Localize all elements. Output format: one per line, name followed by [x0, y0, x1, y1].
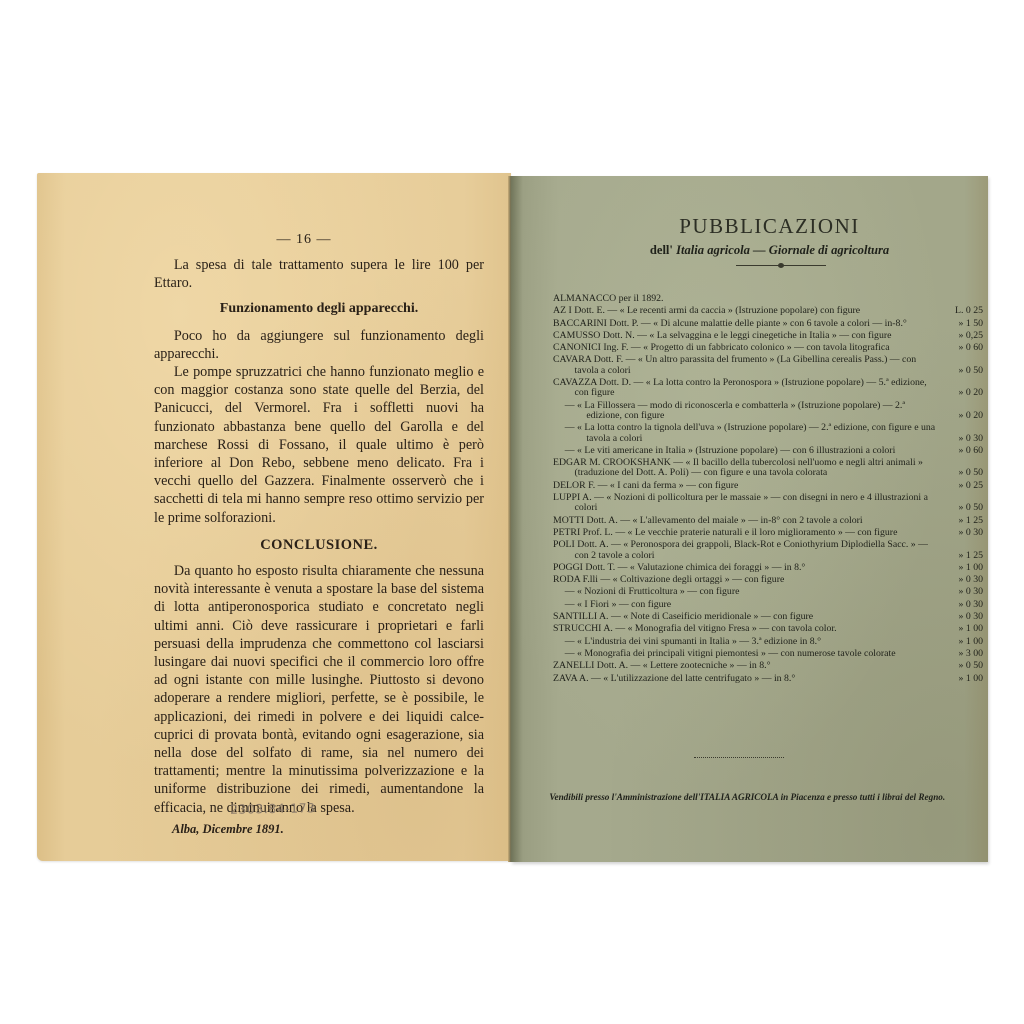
publication-entry: EDGAR M. CROOKSHANK — « Il bacillo della… — [553, 458, 985, 479]
entry-text: STRUCCHI A. — « Monografia del vitigno F… — [553, 624, 937, 634]
publications-title: PUBBLICAZIONI — [511, 214, 988, 239]
publication-entry: — « Monografia dei principali vitigni pi… — [553, 649, 985, 659]
entry-price: » 0 30 — [939, 600, 983, 610]
section-heading: Funzionamento degli apparecchi. — [154, 300, 484, 318]
publication-entry: — « Le viti americane in Italia » (Istru… — [553, 446, 985, 456]
publications-subtitle: dell' Italia agricola — Giornale di agri… — [511, 243, 988, 258]
publication-entry: — « L'industria dei vini spumanti in Ita… — [553, 637, 985, 647]
publication-entry: PETRI Prof. L. — « Le vecchie praterie n… — [553, 528, 985, 538]
publication-entry: CAMUSSO Dott. N. — « La selvaggina e le … — [553, 331, 985, 341]
signature-line: Alba, Dicembre 1891. — [154, 820, 484, 838]
publication-entry: CAVARA Dott. F. — « Un altro parassita d… — [553, 355, 985, 376]
entry-price: » 0 50 — [939, 468, 983, 478]
publication-entry: ZANELLI Dott. A. — « Lettere zootecniche… — [553, 661, 985, 671]
entry-text: AZ I Dott. E. — « Le recenti armi da cac… — [553, 306, 937, 316]
pencil-catalog-number: 2303.84-173 — [230, 800, 316, 816]
entry-text: — « La lotta contro la tignola dell'uva … — [553, 423, 937, 444]
publication-entry: LUPPI A. — « Nozioni di pollicoltura per… — [553, 493, 985, 514]
entry-text: MOTTI Dott. A. — « L'allevamento del mai… — [553, 516, 937, 526]
entry-price: » 1 00 — [939, 637, 983, 647]
entry-text: RODA F.lli — « Coltivazione degli ortagg… — [553, 575, 937, 585]
entry-text: — « L'industria dei vini spumanti in Ita… — [553, 637, 937, 647]
publication-entry: — « I Fiori » — con figure» 0 30 — [553, 600, 985, 610]
entry-price: » 0 30 — [939, 528, 983, 538]
entry-price: » 0 25 — [939, 481, 983, 491]
entry-price: » 1 50 — [939, 319, 983, 329]
sales-footer: Vendibili presso l'Amministrazione dell'… — [531, 792, 971, 803]
paragraph: Da quanto ho esposto risulta chiaramente… — [154, 562, 484, 817]
entry-price: » 0,25 — [939, 331, 983, 341]
entry-price: L. 0 25 — [939, 306, 983, 316]
entry-price: » 0 60 — [939, 343, 983, 353]
entry-text: POLI Dott. A. — « Peronospora dei grappo… — [553, 540, 937, 561]
entry-price: » 0 30 — [939, 434, 983, 444]
subtitle-prefix: dell' — [650, 243, 673, 257]
publication-entry: POGGI Dott. T. — « Valutazione chimica d… — [553, 563, 985, 573]
entry-text: EDGAR M. CROOKSHANK — « Il bacillo della… — [553, 458, 937, 479]
conclusion-heading: CONCLUSIONE. — [154, 536, 484, 554]
publication-entry: — « La Fillossera — modo di riconoscerla… — [553, 401, 985, 422]
paragraph: Le pompe spruzzatrici che hanno funziona… — [154, 363, 484, 527]
entry-price: » 0 50 — [939, 661, 983, 671]
entry-text: ZAVA A. — « L'utilizzazione del latte ce… — [553, 674, 937, 684]
entry-text: CAMUSSO Dott. N. — « La selvaggina e le … — [553, 331, 937, 341]
publication-list: ALMANACCO per il 1892. AZ I Dott. E. — «… — [553, 294, 985, 686]
entry-text: CANONICI Ing. F. — « Progetto di un fabb… — [553, 343, 937, 353]
entry-text: — « Le viti americane in Italia » (Istru… — [553, 446, 937, 456]
entry-text: SANTILLI A. — « Note di Caseificio merid… — [553, 612, 937, 622]
publication-entry: AZ I Dott. E. — « Le recenti armi da cac… — [553, 306, 985, 316]
publication-entry: RODA F.lli — « Coltivazione degli ortagg… — [553, 575, 985, 585]
entry-price: » 0 30 — [939, 587, 983, 597]
publication-entry: — « Nozioni di Frutticoltura » — con fig… — [553, 587, 985, 597]
entry-text: BACCARINI Dott. P. — « Di alcune malatti… — [553, 319, 937, 329]
publication-entry: — « La lotta contro la tignola dell'uva … — [553, 423, 985, 444]
subtitle-italic: Italia agricola — Giornale di agricoltur… — [676, 243, 889, 257]
entry-text: — « La Fillossera — modo di riconoscerla… — [553, 401, 937, 422]
entry-price: » 3 00 — [939, 649, 983, 659]
entry-text: PETRI Prof. L. — « Le vecchie praterie n… — [553, 528, 937, 538]
entry-text: CAVARA Dott. F. — « Un altro parassita d… — [553, 355, 937, 376]
entry-text: — « I Fiori » — con figure — [553, 600, 937, 610]
entry-price: » 0 50 — [939, 503, 983, 513]
entry-price: » 1 00 — [939, 624, 983, 634]
entry-price: » 1 25 — [939, 551, 983, 561]
publication-entry: POLI Dott. A. — « Peronospora dei grappo… — [553, 540, 985, 561]
publication-entry: CANONICI Ing. F. — « Progetto di un fabb… — [553, 343, 985, 353]
publication-entry: ZAVA A. — « L'utilizzazione del latte ce… — [553, 674, 985, 684]
publication-entry: DELOR F. — « I cani da ferma » — con fig… — [553, 481, 985, 491]
entry-price: » 0 60 — [939, 446, 983, 456]
publication-entry: STRUCCHI A. — « Monografia del vitigno F… — [553, 624, 985, 634]
entry-text: — « Monografia dei principali vitigni pi… — [553, 649, 937, 659]
publication-entry: SANTILLI A. — « Note di Caseificio merid… — [553, 612, 985, 622]
left-page-body: La spesa di tale trattamento supera le l… — [154, 256, 484, 838]
entry-text: DELOR F. — « I cani da ferma » — con fig… — [553, 481, 937, 491]
list-heading: ALMANACCO per il 1892. — [553, 294, 985, 304]
publication-entry: MOTTI Dott. A. — « L'allevamento del mai… — [553, 516, 985, 526]
right-page: PUBBLICAZIONI dell' Italia agricola — Gi… — [511, 176, 988, 862]
entry-text: ZANELLI Dott. A. — « Lettere zootecniche… — [553, 661, 937, 671]
publication-entry: CAVAZZA Dott. D. — « La lotta contro la … — [553, 378, 985, 399]
page-number: — 16 — — [37, 232, 511, 248]
entry-price: » 0 30 — [939, 575, 983, 585]
entry-text: CAVAZZA Dott. D. — « La lotta contro la … — [553, 378, 937, 399]
publication-entry: BACCARINI Dott. P. — « Di alcune malatti… — [553, 319, 985, 329]
wavy-divider — [694, 753, 784, 758]
entry-price: » 1 00 — [939, 674, 983, 684]
entry-price: » 1 00 — [939, 563, 983, 573]
paragraph: Poco ho da aggiungere sul funzionamento … — [154, 327, 484, 363]
entry-price: » 0 50 — [939, 366, 983, 376]
entry-text: — « Nozioni di Frutticoltura » — con fig… — [553, 587, 937, 597]
entry-price: » 1 25 — [939, 516, 983, 526]
entry-price: » 0 20 — [939, 388, 983, 398]
paragraph: La spesa di tale trattamento supera le l… — [154, 256, 484, 292]
ornament-dot — [778, 263, 784, 268]
entry-price: » 0 20 — [939, 411, 983, 421]
left-page: — 16 — La spesa di tale trattamento supe… — [37, 173, 511, 861]
entry-price: » 0 30 — [939, 612, 983, 622]
entry-text: POGGI Dott. T. — « Valutazione chimica d… — [553, 563, 937, 573]
entry-text: LUPPI A. — « Nozioni di pollicoltura per… — [553, 493, 937, 514]
